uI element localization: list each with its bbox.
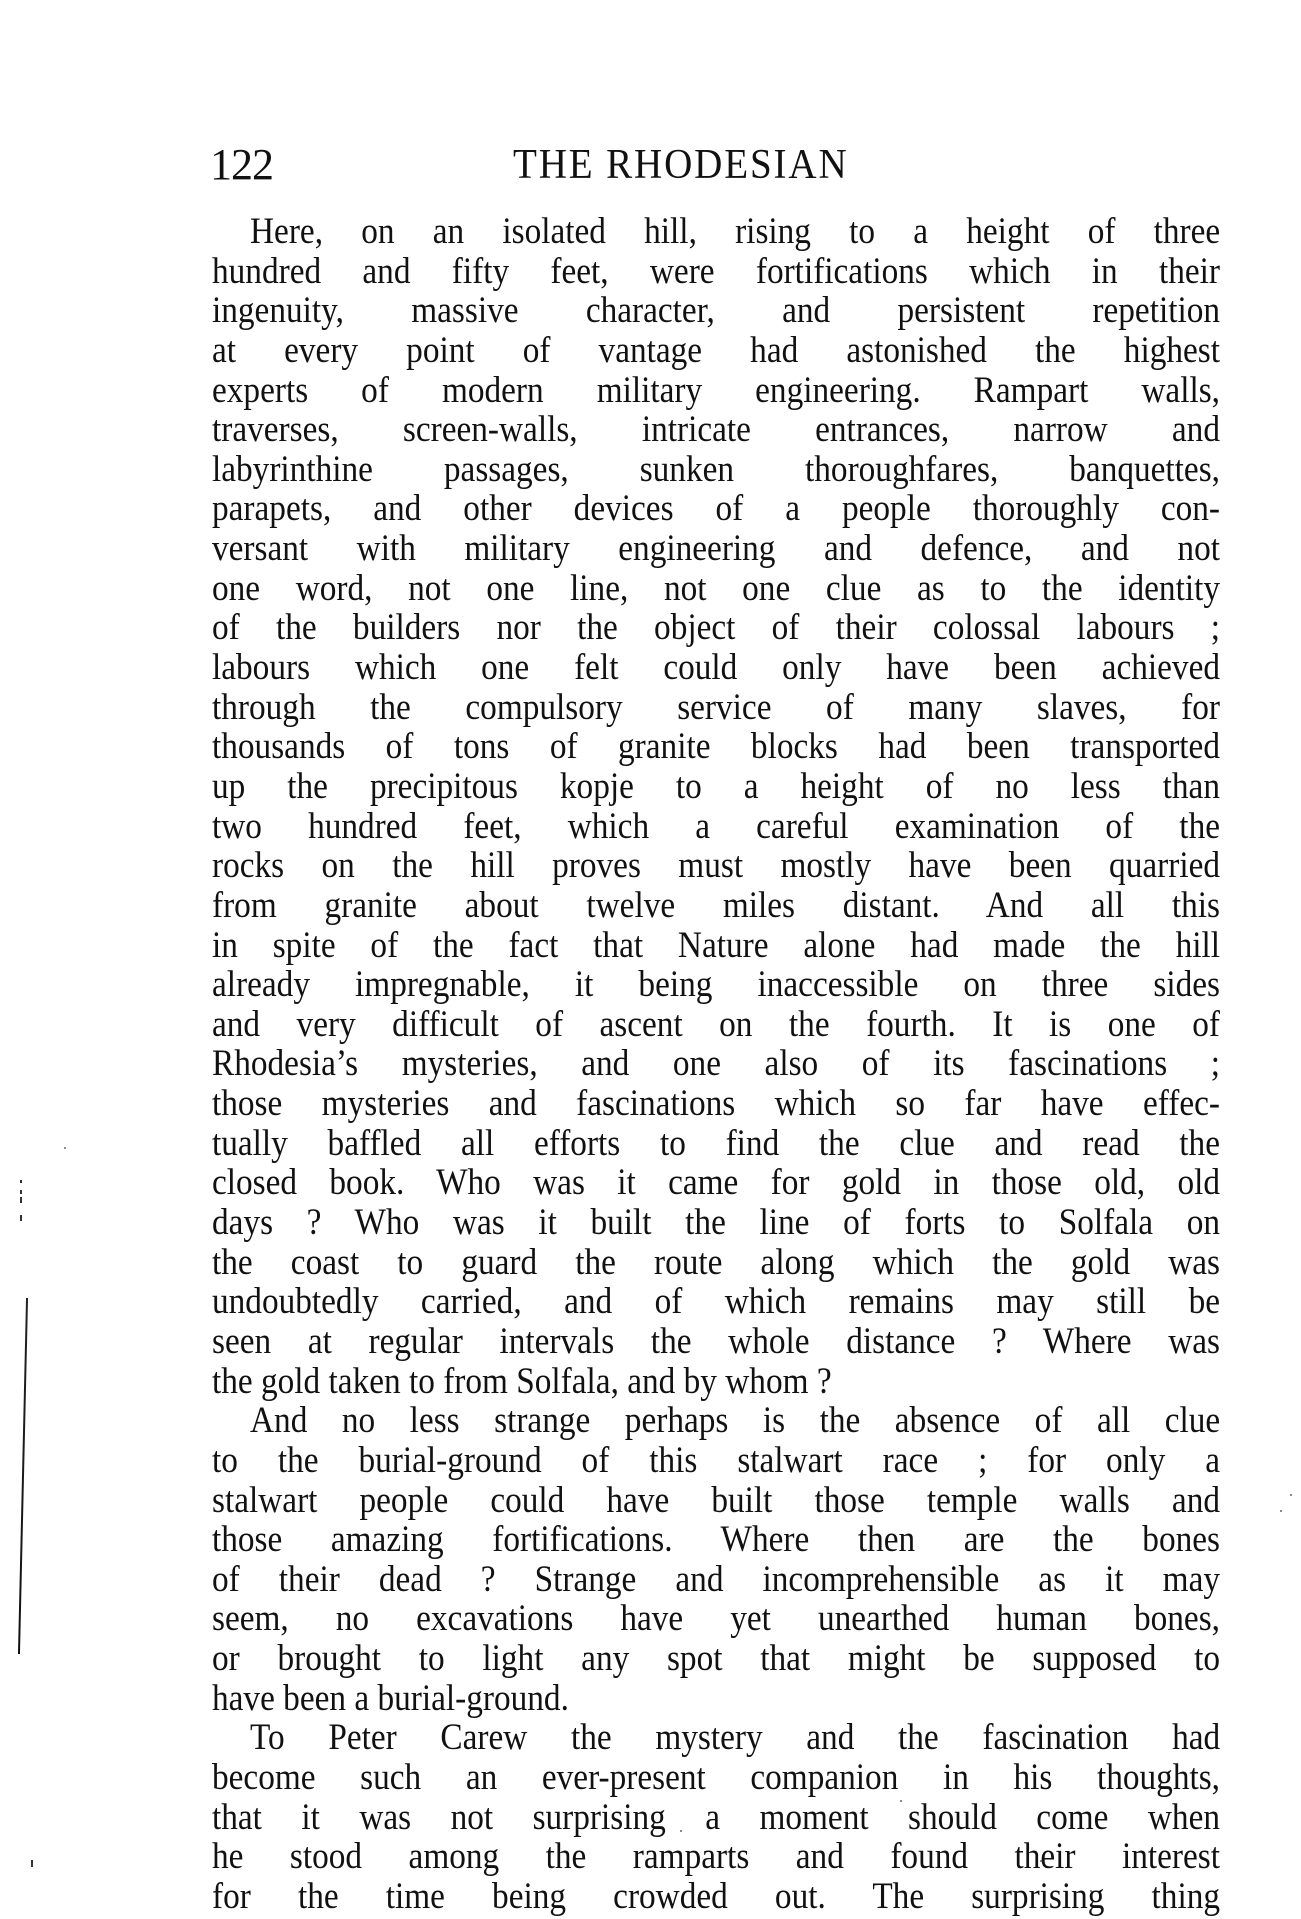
margin-mark (20, 1197, 22, 1203)
scan-speck (1090, 1890, 1092, 1892)
margin-mark (20, 1190, 22, 1194)
scan-speck (1280, 1510, 1282, 1512)
text-line: two hundred feet, which a careful examin… (212, 807, 1220, 847)
text-line: parapets, and other devices of a people … (212, 489, 1220, 529)
text-line: one word, not one line, not one clue as … (212, 569, 1220, 609)
text-line: seem, no excavations have yet unearthed … (212, 1599, 1220, 1639)
text-line: up the precipitous kopje to a height of … (212, 767, 1220, 807)
margin-mark (31, 1860, 33, 1867)
binding-edge-line (18, 1298, 28, 1654)
text-line: become such an ever-present companion in… (212, 1758, 1220, 1798)
text-line: through the compulsory service of many s… (212, 688, 1220, 728)
text-line: the coast to guard the route along which… (212, 1243, 1220, 1283)
paragraph: To Peter Carew the mystery and the fasci… (212, 1718, 1220, 1916)
text-line: stalwart people could have built those t… (212, 1481, 1220, 1521)
text-line: for the time being crowded out. The surp… (212, 1877, 1220, 1917)
text-line: undoubtedly carried, and of which remain… (212, 1282, 1220, 1322)
text-line: thousands of tons of granite blocks had … (212, 727, 1220, 767)
margin-mark (20, 1215, 22, 1221)
page-number: 122 (210, 140, 273, 190)
text-line: from granite about twelve miles distant.… (212, 886, 1220, 926)
text-line: to the burial-ground of this stalwart ra… (212, 1441, 1220, 1481)
text-line: hundred and fifty feet, were fortificati… (212, 252, 1220, 292)
paragraph: And no less strange perhaps is the absen… (212, 1401, 1220, 1718)
text-line: experts of modern military engineering. … (212, 371, 1220, 411)
text-line: those mysteries and fascinations which s… (212, 1084, 1220, 1124)
text-line: and very difficult of ascent on the four… (212, 1005, 1220, 1045)
text-line: at every point of vantage had astonished… (212, 331, 1220, 371)
text-line: already impregnable, it being inaccessib… (212, 965, 1220, 1005)
text-line: And no less strange perhaps is the absen… (212, 1401, 1220, 1441)
text-line: days ? Who was it built the line of fort… (212, 1203, 1220, 1243)
scan-speck (680, 1830, 682, 1832)
running-head: 122 THE RHODESIAN (210, 140, 1220, 190)
text-line: Here, on an isolated hill, rising to a h… (212, 212, 1220, 252)
text-line: those amazing fortifications. Where then… (212, 1520, 1220, 1560)
margin-mark (20, 1180, 22, 1183)
scan-speck (1040, 1860, 1042, 1862)
text-line: versant with military engineering and de… (212, 529, 1220, 569)
text-line: the gold taken to from Solfala, and by w… (212, 1362, 1220, 1402)
text-line: or brought to light any spot that might … (212, 1639, 1220, 1679)
text-line: Rhodesia’s mysteries, and one also of it… (212, 1044, 1220, 1084)
text-line: he stood among the ramparts and found th… (212, 1837, 1220, 1877)
text-line: labours which one felt could only have b… (212, 648, 1220, 688)
text-line: labyrinthine passages, sunken thoroughfa… (212, 450, 1220, 490)
text-line: rocks on the hill proves must mostly hav… (212, 846, 1220, 886)
scan-speck (64, 1147, 66, 1149)
paragraph: Here, on an isolated hill, rising to a h… (212, 212, 1220, 1401)
book-page: 122 THE RHODESIAN Here, on an isolated h… (0, 0, 1301, 1919)
text-line: ingenuity, massive character, and persis… (212, 291, 1220, 331)
text-line: of their dead ? Strange and incomprehens… (212, 1560, 1220, 1600)
text-line: traverses, screen-walls, intricate entra… (212, 410, 1220, 450)
text-line: that it was not surprising a moment shou… (212, 1798, 1220, 1838)
scan-speck (900, 1800, 902, 1802)
text-line: To Peter Carew the mystery and the fasci… (212, 1718, 1220, 1758)
text-line: closed book. Who was it came for gold in… (212, 1163, 1220, 1203)
text-line: seen at regular intervals the whole dist… (212, 1322, 1220, 1362)
body-text: Here, on an isolated hill, rising to a h… (212, 212, 1220, 1917)
running-title: THE RHODESIAN (513, 140, 849, 190)
text-line: of the builders nor the object of their … (212, 608, 1220, 648)
text-line: in spite of the fact that Nature alone h… (212, 926, 1220, 966)
text-line: have been a burial-ground. (212, 1679, 1220, 1719)
text-line: tually baffled all efforts to find the c… (212, 1124, 1220, 1164)
scan-speck (1290, 1494, 1292, 1496)
